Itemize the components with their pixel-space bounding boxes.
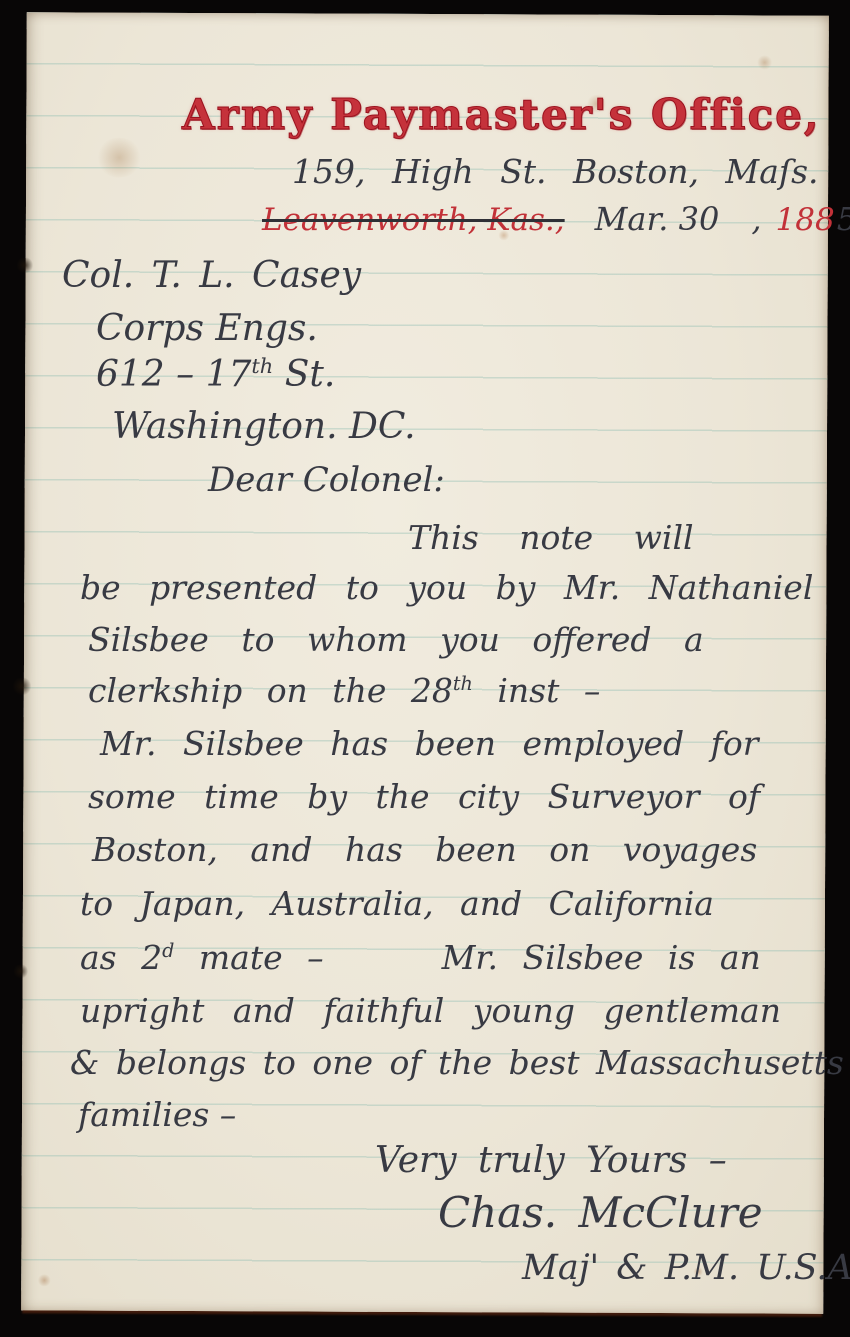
body-line: clerkship on the 28th inst – [88, 671, 600, 710]
body-line-text: mate – [174, 938, 323, 977]
recipient-unit: Corps Engs. [96, 308, 318, 349]
body-line: Boston, and has been on voyages [92, 830, 757, 869]
body-line: as 2d mate –Mr. Silsbee is an [80, 938, 761, 977]
dateline: Leavenworth, Kas., Mar. 30 , 188 5. [262, 200, 850, 238]
body-line: Silsbee to whom you offered a [88, 620, 704, 659]
body-line: be presented to you by Mr. Nathaniel [80, 568, 813, 607]
paper-edge-chip [16, 257, 34, 273]
paper-edge-chip [13, 964, 29, 978]
letterhead-street-line: 159, High St. Boston, Maſs. [292, 152, 819, 191]
salutation: Dear Colonel: [208, 460, 445, 500]
ordinal-suffix: d [162, 939, 174, 962]
preprinted-place-strikethrough: Leavenworth, Kas., [262, 202, 565, 238]
foxing-spot [96, 138, 142, 178]
letterhead-title: Army Paymaster's Office, [182, 90, 821, 139]
street-suffix: St. [273, 354, 335, 395]
handwritten-date: Mar. 30 [595, 200, 720, 238]
street-ordinal-suffix: th [251, 354, 273, 378]
body-line: & belongs to one of the best Massachuset… [70, 1043, 844, 1082]
recipient-city: Washington. DC. [112, 406, 416, 447]
body-line-text: inst – [473, 671, 600, 710]
body-line: Mr. Silsbee has been employed for [100, 724, 759, 763]
body-line: some time by the city Surveyor of [88, 777, 760, 816]
recipient-name: Col. T. L. Casey [62, 255, 361, 296]
body-line-text: as 2 [80, 938, 162, 977]
handwritten-year-digit: 5. [837, 200, 850, 238]
body-line: upright and faithful young gentleman [80, 991, 781, 1030]
valediction: Very truly Yours – [375, 1140, 727, 1181]
ordinal-suffix: th [453, 672, 473, 695]
signature-rank: Maj' & P.M. U.S.A. [522, 1248, 850, 1288]
foxing-spot [37, 1274, 51, 1286]
photo-background: Army Paymaster's Office, 159, High St. B… [0, 0, 850, 1337]
recipient-street: 612 – 17th St. [96, 354, 335, 395]
preprinted-year: 188 [776, 202, 835, 238]
street-number: 612 – 17 [96, 354, 251, 395]
foxing-spot [757, 55, 773, 69]
body-line-text: clerkship on the 28 [88, 671, 453, 710]
body-line: to Japan, Australia, and California [80, 884, 714, 923]
body-line: This note will [408, 518, 694, 557]
signature: Chas. McClure [438, 1188, 763, 1237]
date-comma: , [751, 200, 761, 238]
body-line: families – [78, 1095, 236, 1134]
body-line-text: Mr. Silsbee is an [442, 938, 761, 977]
paper-edge-chip [12, 677, 32, 695]
